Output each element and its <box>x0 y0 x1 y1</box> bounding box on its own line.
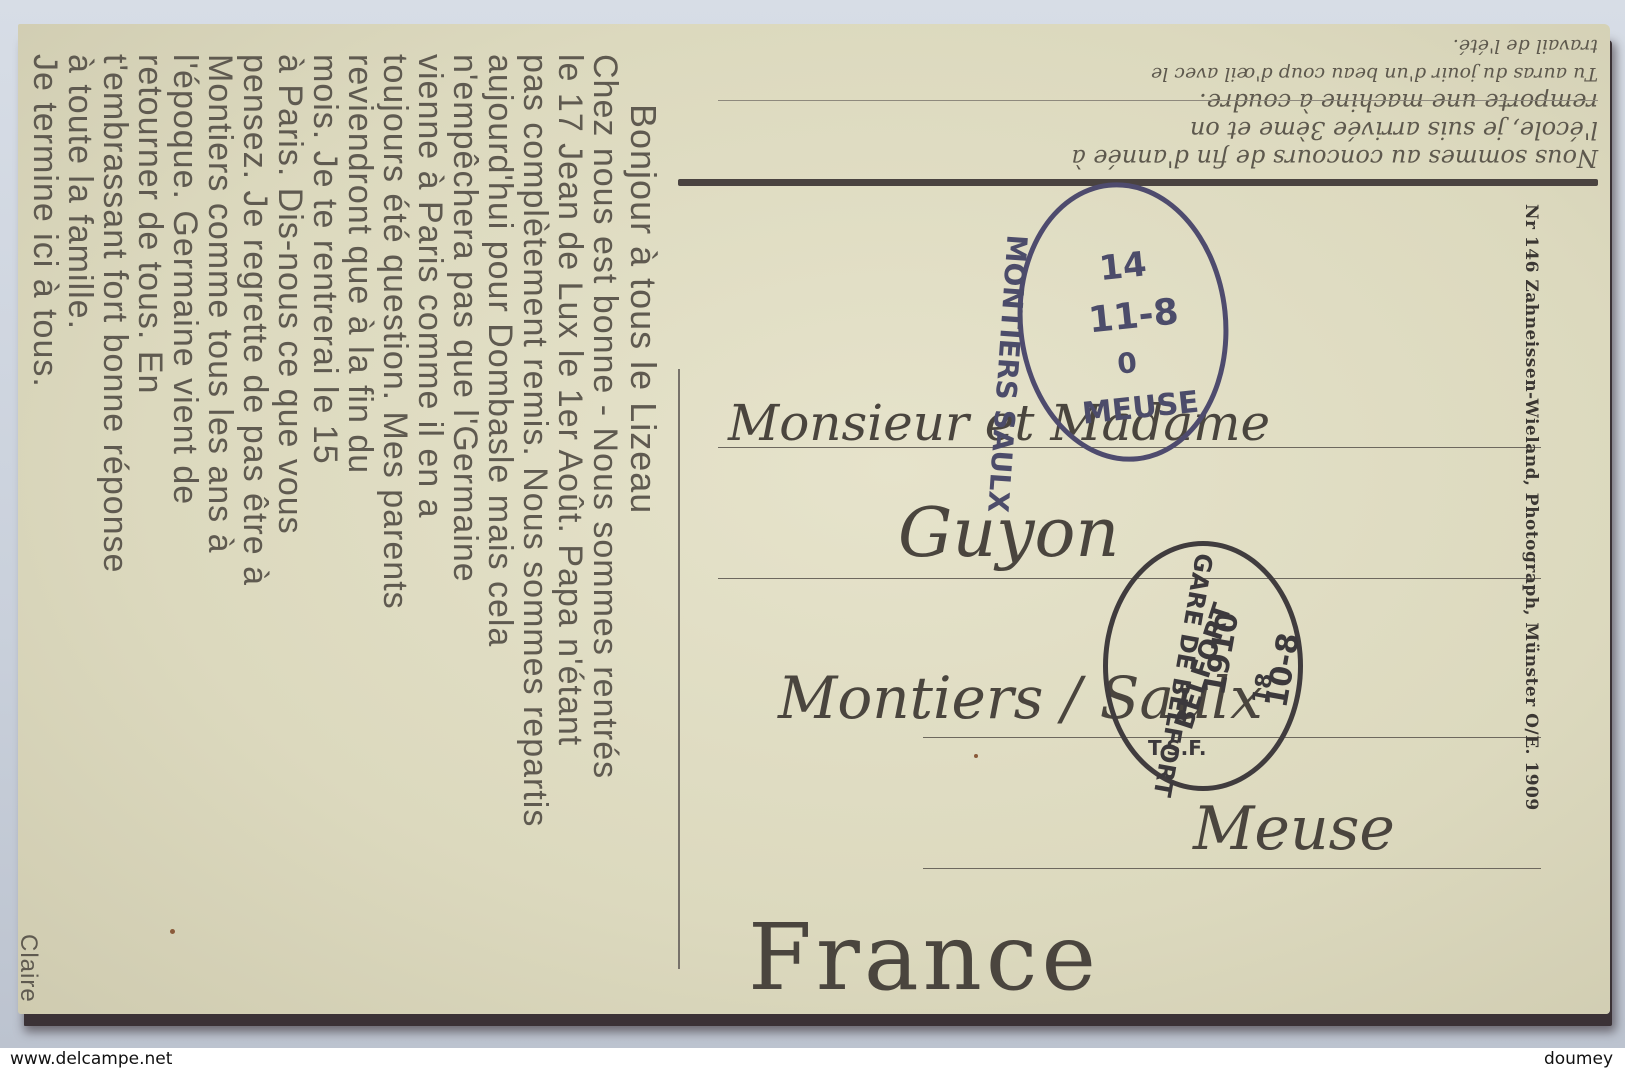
message-line: toujours été question. Mes parents <box>375 54 415 610</box>
message-area: Bonjour à tous le Lizeau Chez nous est b… <box>18 54 678 1014</box>
message-line: le 17 Jean de Lux le 1er Août. Papa n'ét… <box>550 54 590 746</box>
postmark-belfort: BELFORT 1910 10-8 18 GARE DE BELFORT T.S… <box>1103 541 1303 791</box>
message-line: retourner de tous. En <box>130 54 170 394</box>
delcampe-watermark: www.delcampe.net <box>10 1049 172 1069</box>
message-line: aujourd'hui pour Dombasle mais cela <box>480 54 520 647</box>
message-line: t'embrassant fort bonne réponse <box>95 54 135 573</box>
message-salutation: Bonjour à tous le Lizeau <box>623 104 663 514</box>
message-line: reviendront que à la fin du <box>340 54 380 474</box>
address-line-4: Meuse <box>1193 794 1395 864</box>
stain <box>974 754 978 758</box>
message-line: mois. Je te rentrerai le 15 <box>305 54 345 465</box>
footer: www.delcampe.net doumey <box>0 1048 1625 1071</box>
message-line: à Paris. Dis-nous ce que vous <box>270 54 310 535</box>
note-separator-line <box>718 100 1598 101</box>
postmark-department: MEUSE <box>1081 385 1201 432</box>
message-line: n'empêchera pas que l'Germaine <box>445 54 485 583</box>
message-line: Chez nous est bonne - Nous sommes rentré… <box>585 54 625 779</box>
note-line: travail de l'été. <box>718 32 1598 60</box>
stain <box>170 929 175 934</box>
note-line: l'école, je suis arrivée 3ème et on <box>718 116 1598 144</box>
vertical-divider <box>678 369 680 969</box>
message-line: Je termine ici à tous. <box>25 54 65 388</box>
message-line: l'époque. Germaine vient de <box>165 54 205 505</box>
message-line: vienne à Paris comme il en a <box>410 54 450 519</box>
postmark-year: 0 <box>1116 346 1139 381</box>
postmark-date: 11-8 <box>1087 291 1181 341</box>
address-rule <box>923 868 1541 869</box>
address-rule <box>718 578 1541 579</box>
message-line: pas complètement remis. Nous sommes repa… <box>515 54 555 827</box>
note-line: remporte une machine à coudre. <box>718 88 1598 116</box>
upside-down-note: Nous sommes au concours de fin d'année à… <box>718 32 1598 172</box>
note-line: Nous sommes au concours de fin d'année à <box>718 144 1598 172</box>
message-line: Montiers comme tous les ans à <box>200 54 240 554</box>
message-signature: Claire <box>8 934 48 1003</box>
note-line: Tu auras du jouir d'un beau coup d'œil a… <box>718 60 1598 88</box>
postcard-back: Nous sommes au concours de fin d'année à… <box>18 24 1610 1014</box>
seller-watermark: doumey <box>1544 1049 1613 1069</box>
postmark-hour: 14 <box>1097 244 1148 289</box>
postmark-bottom: T.S.F. <box>1148 736 1207 760</box>
postmark-town: MONTIERS SAULX <box>981 234 1033 514</box>
message-line: pensez. Je regrette de pas être à <box>235 54 275 586</box>
address-country: France <box>748 904 1100 1011</box>
postmark-hour: 18 <box>1248 671 1278 706</box>
photo: Nous sommes au concours de fin d'année à… <box>0 0 1625 1048</box>
message-line: à toute la famille. <box>60 54 100 330</box>
printer-credit: Nr 146 Zahneissen-Wieland, Photograph, M… <box>1521 204 1541 811</box>
